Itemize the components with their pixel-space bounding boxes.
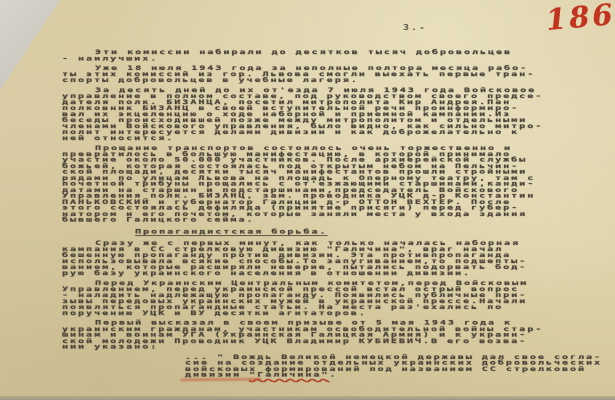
red-pencil-smudge — [180, 378, 262, 382]
section-heading: Пропагандистская борьба. — [135, 229, 568, 235]
text-line: - наилучших. — [62, 56, 568, 62]
paragraph: Эти комиссии набирали до десятков тысяч … — [62, 50, 568, 62]
handwritten-page-number: 186 — [545, 0, 615, 37]
paragraph: Первый высказал в своем призыве от 5 мая… — [62, 321, 568, 351]
scanned-document-page: 186 3.- Эти комиссии набирали до десятко… — [0, 0, 615, 400]
bottom-scanner-edge — [0, 396, 615, 400]
text-line: нии указано: — [62, 345, 568, 351]
text-line: бывшего Галицкого сейма. — [62, 218, 568, 224]
text-line: поручению УЦК и ВУ десятки агитаторов. — [62, 311, 568, 317]
document-text: Эти комиссии набирали до десятков тысяч … — [62, 50, 568, 379]
text-line: рую базу украинского населения в отношен… — [62, 271, 568, 277]
paragraph: Прощание транспортов состоялось очень то… — [62, 146, 568, 224]
paragraph: За десять дней до их от'езда 7 июля 1943… — [62, 88, 568, 142]
text-line: спорты добровольцев в учебные лагеря. — [62, 78, 568, 84]
paragraph: ... " Вождь Великой немецкой державы дал… — [62, 355, 568, 379]
typed-page-number: 3.- — [403, 24, 427, 32]
page-corner-scanner-background — [0, 0, 60, 90]
paragraph: Перед Украинским Центральным комитетом,п… — [62, 281, 568, 317]
paragraph: Уже 18 июля 1943 года за неполные полтор… — [62, 66, 568, 84]
text-line: Пропагандистская борьба. — [135, 229, 568, 235]
paragraph: Сразу же с первых минут, как только нача… — [62, 241, 568, 277]
text-line: ней относится. — [62, 136, 568, 142]
